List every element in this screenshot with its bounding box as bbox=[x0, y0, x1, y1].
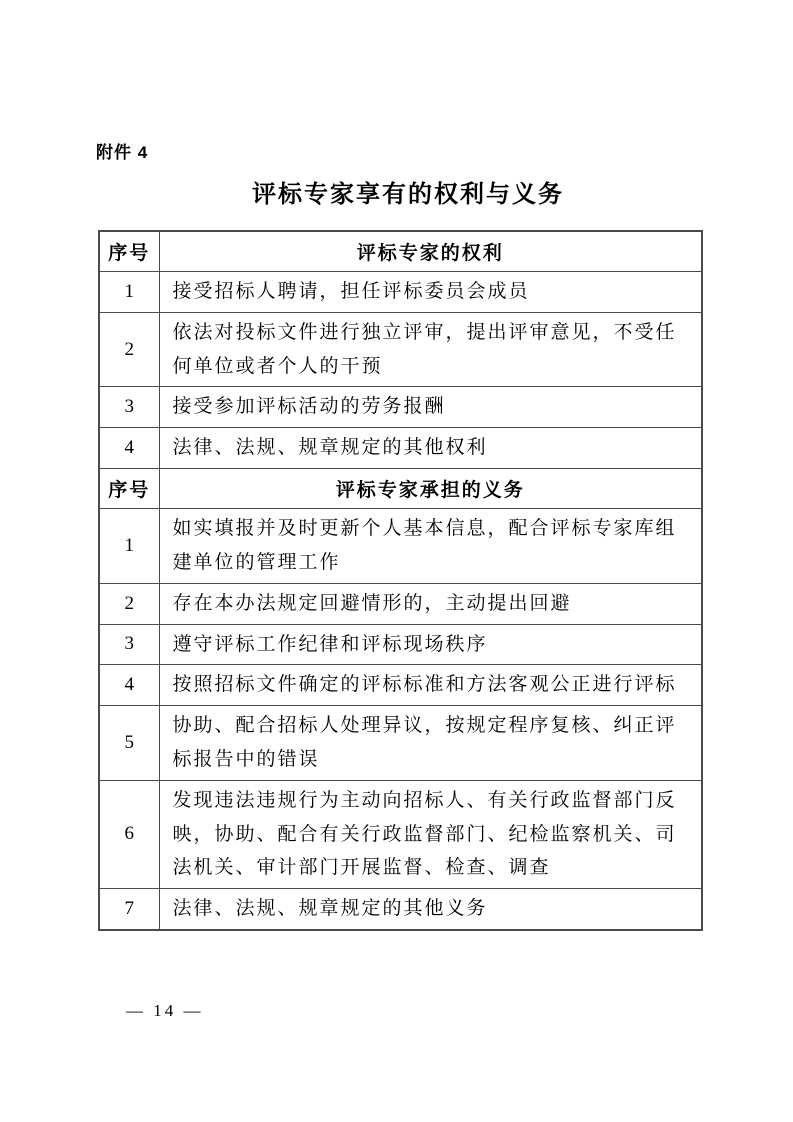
row-text: 按照招标文件确定的评标标准和方法客观公正进行评标 bbox=[159, 665, 702, 706]
rights-obligations-table: 序号评标专家的权利1接受招标人聘请，担任评标委员会成员2依法对投标文件进行独立评… bbox=[98, 230, 703, 931]
row-text: 遵守评标工作纪律和评标现场秩序 bbox=[159, 624, 702, 665]
row-text: 存在本办法规定回避情形的，主动提出回避 bbox=[159, 583, 702, 624]
row-text: 发现违法违规行为主动向招标人、有关行政监督部门反映，协助、配合有关行政监督部门、… bbox=[159, 780, 702, 888]
table-row: 3接受参加评标活动的劳务报酬 bbox=[99, 387, 702, 428]
table-body: 序号评标专家的权利1接受招标人聘请，担任评标委员会成员2依法对投标文件进行独立评… bbox=[99, 231, 702, 930]
attachment-label: 附件 4 bbox=[96, 138, 148, 163]
page-title: 评标专家享有的权利与义务 bbox=[98, 174, 718, 209]
section-header: 评标专家承担的义务 bbox=[159, 469, 702, 509]
index-column-header: 序号 bbox=[99, 469, 159, 509]
row-text: 法律、法规、规章规定的其他义务 bbox=[159, 889, 702, 930]
table-row: 7法律、法规、规章规定的其他义务 bbox=[99, 889, 702, 930]
row-text: 协助、配合招标人处理异议，按规定程序复核、纠正评标报告中的错误 bbox=[159, 706, 702, 781]
page-number: — 14 — bbox=[126, 1001, 204, 1021]
row-text: 接受参加评标活动的劳务报酬 bbox=[159, 387, 702, 428]
row-number: 3 bbox=[99, 624, 159, 665]
table-row: 1如实填报并及时更新个人基本信息，配合评标专家库组建单位的管理工作 bbox=[99, 509, 702, 584]
document-page: 附件 4 评标专家享有的权利与义务 序号评标专家的权利1接受招标人聘请，担任评标… bbox=[0, 0, 793, 1122]
table-row: 4按照招标文件确定的评标标准和方法客观公正进行评标 bbox=[99, 665, 702, 706]
table-row: 2存在本办法规定回避情形的，主动提出回避 bbox=[99, 583, 702, 624]
row-text: 如实填报并及时更新个人基本信息，配合评标专家库组建单位的管理工作 bbox=[159, 509, 702, 584]
row-number: 1 bbox=[99, 272, 159, 313]
table-row: 6发现违法违规行为主动向招标人、有关行政监督部门反映，协助、配合有关行政监督部门… bbox=[99, 780, 702, 888]
table-row: 4法律、法规、规章规定的其他权利 bbox=[99, 428, 702, 469]
index-column-header: 序号 bbox=[99, 231, 159, 272]
row-number: 2 bbox=[99, 312, 159, 387]
row-number: 4 bbox=[99, 665, 159, 706]
row-text: 接受招标人聘请，担任评标委员会成员 bbox=[159, 272, 702, 313]
table-row: 2依法对投标文件进行独立评审，提出评审意见，不受任何单位或者个人的干预 bbox=[99, 312, 702, 387]
row-number: 5 bbox=[99, 706, 159, 781]
table-header-row: 序号评标专家的权利 bbox=[99, 231, 702, 272]
table-row: 1接受招标人聘请，担任评标委员会成员 bbox=[99, 272, 702, 313]
row-number: 3 bbox=[99, 387, 159, 428]
table-row: 5协助、配合招标人处理异议，按规定程序复核、纠正评标报告中的错误 bbox=[99, 706, 702, 781]
row-number: 2 bbox=[99, 583, 159, 624]
row-number: 1 bbox=[99, 509, 159, 584]
table-row: 3遵守评标工作纪律和评标现场秩序 bbox=[99, 624, 702, 665]
row-number: 7 bbox=[99, 889, 159, 930]
row-number: 6 bbox=[99, 780, 159, 888]
row-text: 法律、法规、规章规定的其他权利 bbox=[159, 428, 702, 469]
section-header: 评标专家的权利 bbox=[159, 231, 702, 272]
row-text: 依法对投标文件进行独立评审，提出评审意见，不受任何单位或者个人的干预 bbox=[159, 312, 702, 387]
row-number: 4 bbox=[99, 428, 159, 469]
table-header-row: 序号评标专家承担的义务 bbox=[99, 469, 702, 509]
